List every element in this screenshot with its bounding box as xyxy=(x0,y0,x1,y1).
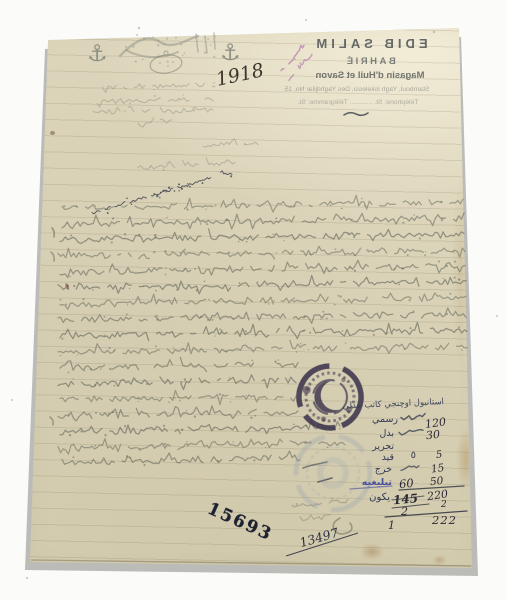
fee-row-label: قيد xyxy=(362,452,394,463)
fee-row-mid: 2 xyxy=(401,505,415,518)
fee-row-value-carry: 2 xyxy=(441,500,453,510)
fee-table-total: 222 xyxy=(432,513,466,527)
fee-row-value: 5 xyxy=(435,448,452,461)
letterhead-contact: Téléphone: St. ............ Télégramme: … xyxy=(266,99,450,106)
fee-row-mid: ٥ xyxy=(402,450,416,461)
fee-row-value: 30 xyxy=(425,427,450,442)
fee-row-label: رسمي xyxy=(366,414,398,425)
letterhead-line3: Magasin d'Huil et Savon xyxy=(295,70,445,81)
bottom-brown-stain xyxy=(360,543,384,560)
photographed-ottoman-document: EDIB SALIM BAHRIÉ Magasin d'Huil et Savo… xyxy=(0,0,507,600)
left-small-speck xyxy=(50,131,55,135)
letterhead-company-name: EDIB SALIM xyxy=(300,36,440,51)
fee-row-label: تحرير xyxy=(356,441,394,452)
letterhead-line2: BAHRIÉ xyxy=(330,56,410,67)
anchor-icon: ⚓ xyxy=(220,40,241,66)
anchor-icon: ⚓ xyxy=(87,41,108,67)
letterhead-address: Stamboul, Yagh Iskelessi, Des Yaghdjilar… xyxy=(265,86,449,93)
fee-row-label: بدل xyxy=(364,428,394,439)
fee-row-label: تبليغيه xyxy=(348,477,392,488)
fee-row-mid: 60 xyxy=(398,475,423,491)
fee-row-mid: 1 xyxy=(388,519,402,532)
fee-row-label: خرج xyxy=(360,464,392,475)
bottom-small-stain xyxy=(432,555,447,565)
fee-row-label: يكون xyxy=(350,492,390,503)
